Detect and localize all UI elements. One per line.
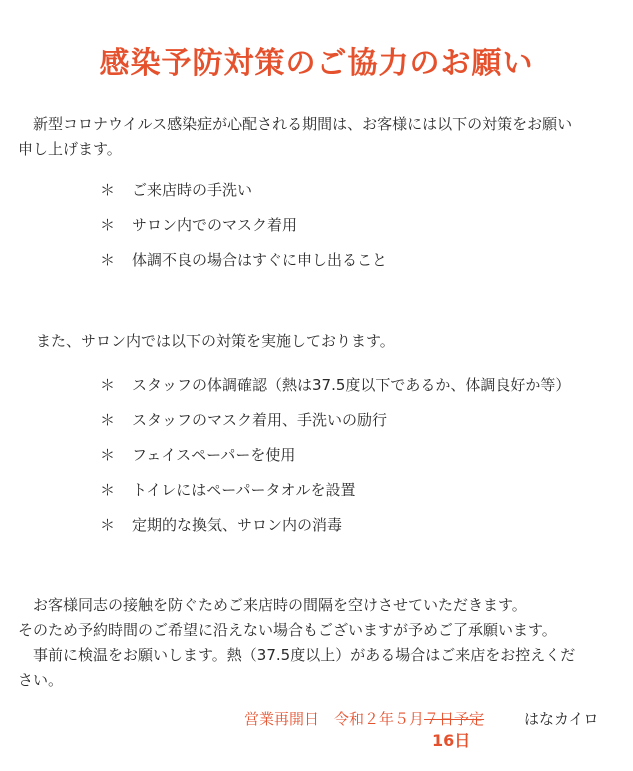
list-item: ＊ご来店時の手洗い xyxy=(100,180,387,215)
asterisk-icon: ＊ xyxy=(100,180,132,200)
notes-line-2: そのため予約時間のご希望に沿えない場合もございますが予めご了承願います。 xyxy=(18,618,630,643)
list-item: ＊サロン内でのマスク着用 xyxy=(100,215,387,250)
reopen-label: 営業再開日 xyxy=(244,710,319,728)
intro-line-1: 新型コロナウイルス感染症が心配される期間は、お客様には以下の対策をお願い xyxy=(18,112,628,137)
asterisk-icon: ＊ xyxy=(100,375,132,395)
reopen-date-struck: ７日予定 xyxy=(424,710,484,728)
reopen-date-prefix: 令和２年５月 xyxy=(334,710,424,728)
shop-name: はなカイロ xyxy=(524,708,599,729)
list-item-text: 体調不良の場合はすぐに申し出ること xyxy=(132,251,387,269)
list-item-text: スタッフの体調確認（熱は37.5度以下であるか、体調良好か等） xyxy=(132,376,570,394)
asterisk-icon: ＊ xyxy=(100,410,132,430)
notes-paragraph: お客様同志の接触を防ぐためご来店時の間隔を空けさせていただきます。 そのため予約… xyxy=(18,593,630,693)
asterisk-icon: ＊ xyxy=(100,515,132,535)
asterisk-icon: ＊ xyxy=(100,445,132,465)
list-item: ＊フェイスペーパーを使用 xyxy=(100,445,570,480)
asterisk-icon: ＊ xyxy=(100,215,132,235)
reopen-date: 営業再開日 令和２年５月７日予定 xyxy=(244,708,484,729)
list-item-text: スタッフのマスク着用、手洗いの励行 xyxy=(132,411,387,429)
salon-measures-list: ＊スタッフの体調確認（熱は37.5度以下であるか、体調良好か等） ＊スタッフのマ… xyxy=(100,375,570,550)
page-title: 感染予防対策のご協力のお願い xyxy=(0,38,633,82)
reopen-date-new: 16日 xyxy=(432,728,470,751)
notes-line-1: お客様同志の接触を防ぐためご来店時の間隔を空けさせていただきます。 xyxy=(18,593,630,618)
intro-line-2: 申し上げます。 xyxy=(18,137,628,162)
list-item: ＊定期的な換気、サロン内の消毒 xyxy=(100,515,570,550)
list-item-text: サロン内でのマスク着用 xyxy=(132,216,297,234)
list-item: ＊スタッフの体調確認（熱は37.5度以下であるか、体調良好か等） xyxy=(100,375,570,410)
notes-line-3: 事前に検温をお願いします。熱（37.5度以上）がある場合はご来店をお控えくだ xyxy=(18,643,630,668)
asterisk-icon: ＊ xyxy=(100,250,132,270)
customer-measures-list: ＊ご来店時の手洗い ＊サロン内でのマスク着用 ＊体調不良の場合はすぐに申し出るこ… xyxy=(100,180,387,285)
notes-line-4: さい。 xyxy=(18,668,630,693)
list-item: ＊体調不良の場合はすぐに申し出ること xyxy=(100,250,387,285)
intro-paragraph: 新型コロナウイルス感染症が心配される期間は、お客様には以下の対策をお願い 申し上… xyxy=(18,112,628,162)
list-item-text: ご来店時の手洗い xyxy=(132,181,252,199)
asterisk-icon: ＊ xyxy=(100,480,132,500)
list-item-text: フェイスペーパーを使用 xyxy=(132,446,295,464)
list-item: ＊スタッフのマスク着用、手洗いの励行 xyxy=(100,410,570,445)
list-item-text: トイレにはペーパータオルを設置 xyxy=(132,481,356,499)
list-item: ＊トイレにはペーパータオルを設置 xyxy=(100,480,570,515)
salon-intro: また、サロン内では以下の対策を実施しております。 xyxy=(36,329,395,354)
list-item-text: 定期的な換気、サロン内の消毒 xyxy=(132,516,342,534)
